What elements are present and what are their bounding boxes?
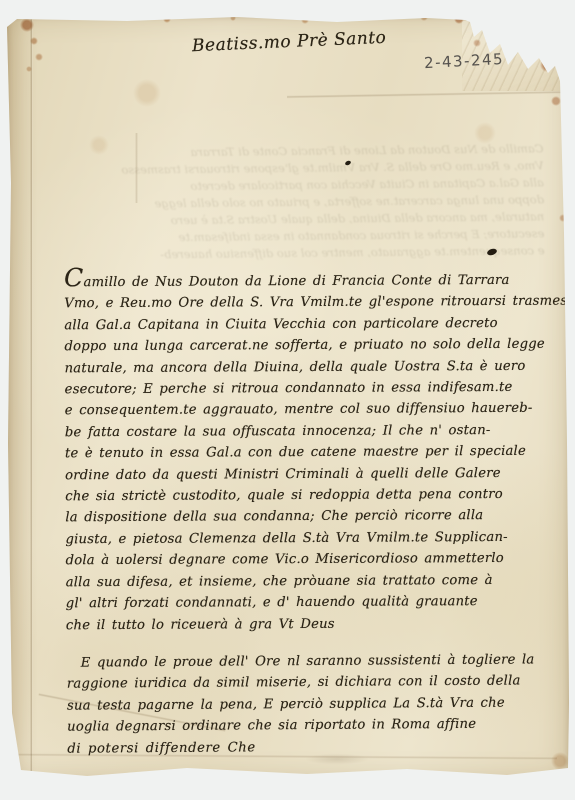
letter-body: Camillo de Nus Douton da Lione di Franci… — [64, 270, 538, 636]
manuscript-line: ordine dato da questi Ministri Criminali… — [65, 462, 537, 486]
bleed-through-text: Camillo de Nus Douton da Lione di Franci… — [31, 140, 544, 264]
manuscript-line: di potersi diffendere Che — [67, 735, 545, 760]
ink-blot — [326, 774, 329, 777]
manuscript-line: raggione iuridica da simil miserie, si d… — [67, 671, 545, 696]
manuscript-line: uoglia degnarsi ordinare che sia riporta… — [67, 714, 545, 739]
manuscript-line: Camillo de Nus Douton da Lione di Franci… — [64, 270, 536, 294]
manuscript-line: alla sua difesa, et insieme, che pròuane… — [66, 569, 538, 593]
manuscript-line: esecutore; E perche si ritroua condannat… — [65, 377, 537, 401]
postscript: E quando le proue dell' Ore nl saranno s… — [67, 649, 546, 759]
manuscript-line: dola à uolersi degnare come Vic.o Miseri… — [66, 548, 538, 572]
manuscript-line: doppo una lunga carcerat.ne sofferta, e … — [64, 334, 536, 358]
manuscript-line: e consequentem.te aggrauato, mentre col … — [65, 398, 537, 422]
manuscript-line: gl' altri forzati condannati, e d' hauen… — [66, 591, 538, 615]
manuscript-line: che il tutto lo riceuerà à gra Vt Deus — [66, 612, 538, 636]
scanned-manuscript-page: { "document": { "kind": "handwritten pet… — [0, 0, 575, 800]
manuscript-line: be fatta costare la sua offuscata innoce… — [65, 420, 537, 444]
salutation-header: Beatiss.mo Prè Santo — [192, 28, 387, 56]
crease-line — [135, 133, 138, 203]
manuscript-line: Vmo, e Reu.mo Ore della S. Vra Vmilm.te … — [64, 291, 536, 315]
manuscript-line: naturale, ma ancora della Diuina, della … — [64, 355, 536, 379]
manuscript-line: te è tenuto in essa Gal.a con due catene… — [65, 441, 537, 465]
crease-line — [287, 91, 569, 99]
left-fold-crease — [30, 13, 33, 781]
manuscript-line: la dispositione della sua condanna; Che … — [65, 505, 537, 529]
manuscript-line: alla Gal.a Capitana in Ciuita Vecchia co… — [64, 313, 536, 337]
manuscript-line: giusta, e pietosa Clemenza della S.tà Vr… — [65, 527, 537, 551]
letter-paper: Camillo de Nus Douton da Lione di Franci… — [7, 13, 569, 781]
manuscript-line: che sia strictè custodito, quale si redo… — [65, 484, 537, 508]
